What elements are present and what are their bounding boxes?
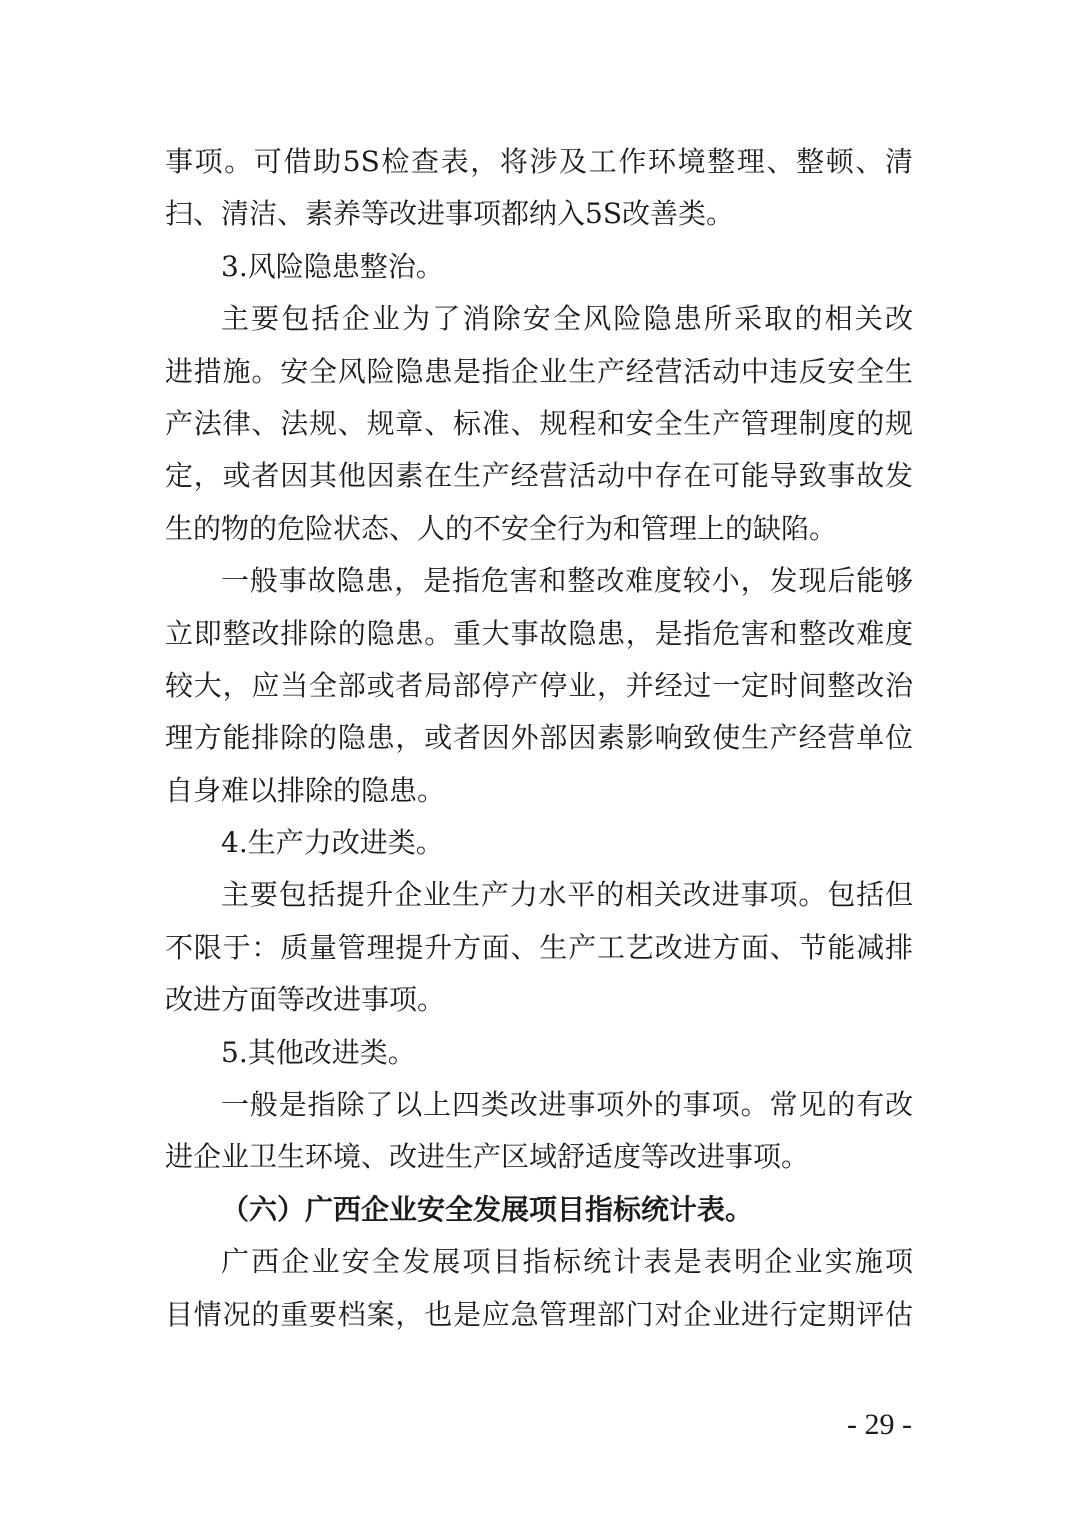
text-line: 3.风险隐患整治。 (165, 241, 913, 293)
text-line: 生的物的危险状态、人的不安全行为和管理上的缺陷。 (165, 503, 913, 555)
page-number: - 29 - (847, 1408, 912, 1442)
text-line: 事项。可借助5S检查表，将涉及工作环境整理、整顿、清 (165, 136, 913, 188)
text-line: 主要包括提升企业生产力水平的相关改进事项。包括但 (165, 869, 913, 921)
text-line: 定，或者因其他因素在生产经营活动中存在可能导致事故发 (165, 450, 913, 502)
document-page: 事项。可借助5S检查表，将涉及工作环境整理、整顿、清扫、清洁、素养等改进事项都纳… (165, 136, 913, 1341)
text-line: 较大，应当全部或者局部停产停业，并经过一定时间整改治 (165, 660, 913, 712)
text-line: 理方能排除的隐患，或者因外部因素影响致使生产经营单位 (165, 712, 913, 764)
text-line: 进措施。安全风险隐患是指企业生产经营活动中违反安全生 (165, 346, 913, 398)
text-line: 目情况的重要档案，也是应急管理部门对企业进行定期评估 (165, 1289, 913, 1341)
text-line: 一般是指除了以上四类改进事项外的事项。常见的有改 (165, 1079, 913, 1131)
text-line: 进企业卫生环境、改进生产区域舒适度等改进事项。 (165, 1131, 913, 1183)
text-line: 一般事故隐患，是指危害和整改难度较小，发现后能够 (165, 555, 913, 607)
text-line: 自身难以排除的隐患。 (165, 765, 913, 817)
text-line: 主要包括企业为了消除安全风险隐患所采取的相关改 (165, 293, 913, 345)
text-line: 改进方面等改进事项。 (165, 974, 913, 1026)
text-line: 产法律、法规、规章、标准、规程和安全生产管理制度的规 (165, 398, 913, 450)
text-line: 4.生产力改进类。 (165, 817, 913, 869)
text-line: 立即整改排除的隐患。重大事故隐患，是指危害和整改难度 (165, 608, 913, 660)
section-heading: （六）广西企业安全发展项目指标统计表。 (165, 1184, 913, 1236)
text-line: 5.其他改进类。 (165, 1027, 913, 1079)
text-line: 不限于：质量管理提升方面、生产工艺改进方面、节能减排 (165, 922, 913, 974)
text-line: 广西企业安全发展项目指标统计表是表明企业实施项 (165, 1236, 913, 1288)
text-line: 扫、清洁、素养等改进事项都纳入5S改善类。 (165, 188, 913, 240)
